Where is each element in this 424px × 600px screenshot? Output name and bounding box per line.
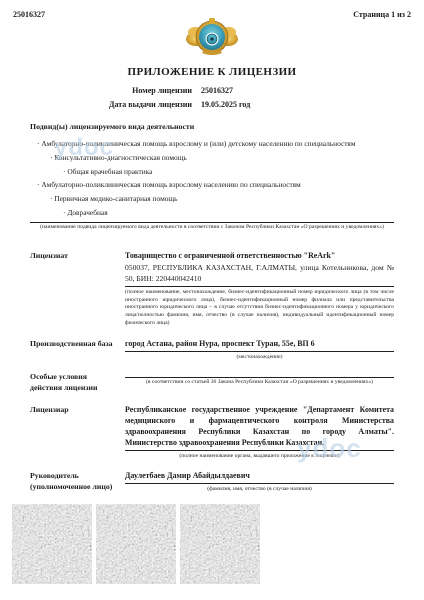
special-conditions-note: (в соответствии со статьей 36 Закона Рес… [125,379,394,385]
issue-date-value: 19.05.2025 год [201,100,250,109]
licensee-name: Товарищество с ограниченной ответственно… [125,250,394,261]
signature-qr-group [12,504,260,584]
special-conditions-row: Особые условия действия лицензии (в соот… [30,371,394,394]
issue-date-label: Дата выдачи лицензии [62,100,192,109]
qr-code-3 [180,504,260,584]
licensee-note: (полное наименование, местонахождение, б… [125,289,394,327]
production-base-note: (местонахождение) [125,354,394,360]
kazakhstan-emblem-icon [185,17,239,64]
licensor-value: Республиканское государственное учрежден… [125,404,394,451]
licensor-note: (полное наименование органа, выдавшего п… [125,453,394,459]
license-meta: Номер лицензии 25016327 Дата выдачи лице… [0,86,424,109]
licensee-label: Лицензиат [30,250,125,327]
subtypes-caption: (наименование подвида лицензируемого вид… [30,224,394,231]
head-label-line1: Руководитель [30,470,125,481]
license-number-label: Номер лицензии [62,86,192,95]
head-label: Руководитель (уполномоченное лицо) [30,470,125,493]
subtypes-section: Подвид(ы) лицензируемого вида деятельнос… [30,122,394,231]
divider [30,222,394,223]
subtype-item: Доврачебная [63,208,394,217]
fields-section: Лицензиат Товарищество с ограниченной от… [30,250,394,504]
head-label-line2: (уполномоченное лицо) [30,481,125,492]
subtype-item: Амбулаторно-поликлиническая помощь взрос… [37,180,394,189]
production-base-value: город Астана, район Нура, проспект Туран… [125,338,394,352]
license-number-value: 25016327 [201,86,233,95]
subtype-item: Общая врачебная практика [63,167,394,176]
page-indicator: Страница 1 из 2 [353,10,411,19]
qr-code-2 [96,504,176,584]
licensee-row: Лицензиат Товарищество с ограниченной от… [30,250,394,327]
page-title: ПРИЛОЖЕНИЕ К ЛИЦЕНЗИИ [0,66,424,78]
subtypes-heading: Подвид(ы) лицензируемого вида деятельнос… [30,122,394,131]
licensee-address: 050037, РЕСПУБЛИКА КАЗАХСТАН, Г.АЛМАТЫ, … [125,263,394,287]
subtype-item: Консультативно-диагностическая помощь [50,153,394,162]
special-conditions-label: Особые условия действия лицензии [30,371,125,394]
subtype-item: Первичная медико-санитарная помощь [50,194,394,203]
head-note: (фамилия, имя, отчество (в случае наличи… [125,486,394,492]
special-conditions-label-line2: действия лицензии [30,382,125,393]
production-base-row: Производственная база город Астана, райо… [30,338,394,360]
licensor-label: Лицензиар [30,404,125,459]
license-annex-page: 25016327 Страница 1 из 2 [0,0,424,600]
production-base-label: Производственная база [30,338,125,360]
special-conditions-blank-line [125,377,394,378]
head-name: Даулетбаев Дамир Абайдылдаевич [125,470,394,484]
licensor-row: Лицензиар Республиканское государственно… [30,404,394,459]
document-number: 25016327 [13,10,45,19]
qr-code-1 [12,504,92,584]
head-row: Руководитель (уполномоченное лицо) Дауле… [30,470,394,493]
subtype-item: Амбулаторно-поликлиническая помощь взрос… [37,139,394,148]
special-conditions-label-line1: Особые условия [30,371,125,382]
